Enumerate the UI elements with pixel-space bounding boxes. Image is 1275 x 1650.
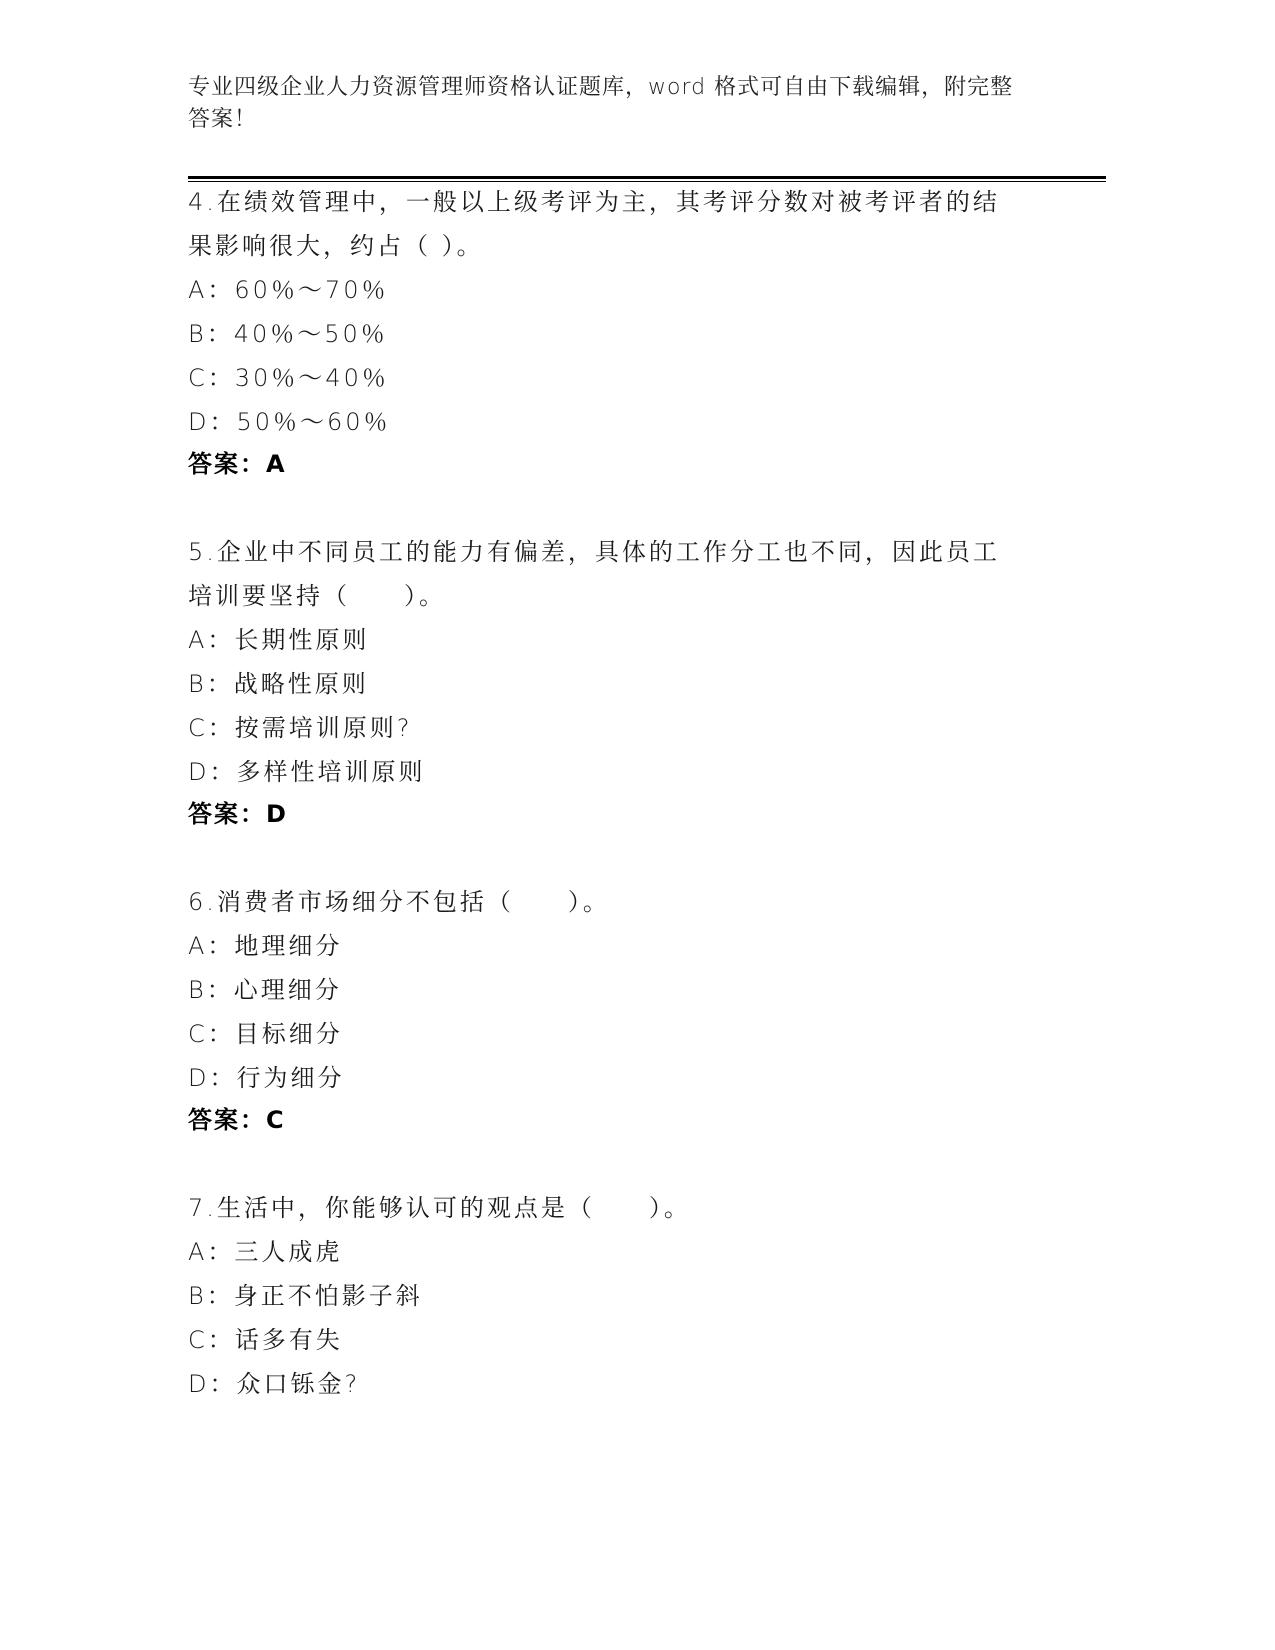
question-4-option-d: D：50％～60％ bbox=[188, 406, 391, 438]
question-4-option-a: A：60％～70％ bbox=[188, 274, 389, 306]
question-6-option-b: B：心理细分 bbox=[188, 974, 342, 1006]
question-4-stem-line-2: 果影响很大，约占（ ）。 bbox=[188, 230, 484, 262]
question-6-option-c: C：目标细分 bbox=[188, 1018, 343, 1050]
question-7-option-c: C：话多有失 bbox=[188, 1324, 343, 1356]
question-7-option-d: D：众口铄金? bbox=[188, 1368, 360, 1400]
question-4-option-b: B：40％～50％ bbox=[188, 318, 388, 350]
question-5-stem-line-2: 培训要坚持（ ）。 bbox=[188, 580, 446, 612]
header-double-rule bbox=[188, 176, 1106, 182]
header-line-1: 专业四级企业人力资源管理师资格认证题库，word 格式可自由下载编辑，附完整 bbox=[188, 72, 1068, 104]
question-5-option-b: B：战略性原则 bbox=[188, 668, 369, 700]
question-6-option-a: A：地理细分 bbox=[188, 930, 342, 962]
question-6-option-d: D：行为细分 bbox=[188, 1062, 344, 1094]
header-line-2: 答案！ bbox=[188, 104, 1068, 136]
question-7-option-b: B：身正不怕影子斜 bbox=[188, 1280, 423, 1312]
question-7-option-a: A：三人成虎 bbox=[188, 1236, 342, 1268]
question-4-stem-line-1: 4.在绩效管理中，一般以上级考评为主，其考评分数对被考评者的结 bbox=[188, 186, 1000, 218]
question-4-option-c: C：30％～40％ bbox=[188, 362, 389, 394]
question-4-answer: 答案：A bbox=[188, 448, 287, 480]
question-5-answer: 答案：D bbox=[188, 798, 288, 830]
question-6-answer: 答案：C bbox=[188, 1104, 286, 1136]
document-page: 专业四级企业人力资源管理师资格认证题库，word 格式可自由下载编辑，附完整 答… bbox=[0, 0, 1275, 1650]
question-5-stem-line-1: 5.企业中不同员工的能力有偏差，具体的工作分工也不同，因此员工 bbox=[188, 536, 1000, 568]
question-5-option-c: C：按需培训原则? bbox=[188, 712, 413, 744]
document-header: 专业四级企业人力资源管理师资格认证题库，word 格式可自由下载编辑，附完整 答… bbox=[188, 72, 1068, 136]
question-5-option-a: A：长期性原则 bbox=[188, 624, 369, 656]
question-7-stem: 7.生活中，你能够认可的观点是（ ）。 bbox=[188, 1192, 691, 1224]
question-6-stem: 6.消费者市场细分不包括（ ）。 bbox=[188, 886, 610, 918]
question-5-option-d: D：多样性培训原则 bbox=[188, 756, 425, 788]
